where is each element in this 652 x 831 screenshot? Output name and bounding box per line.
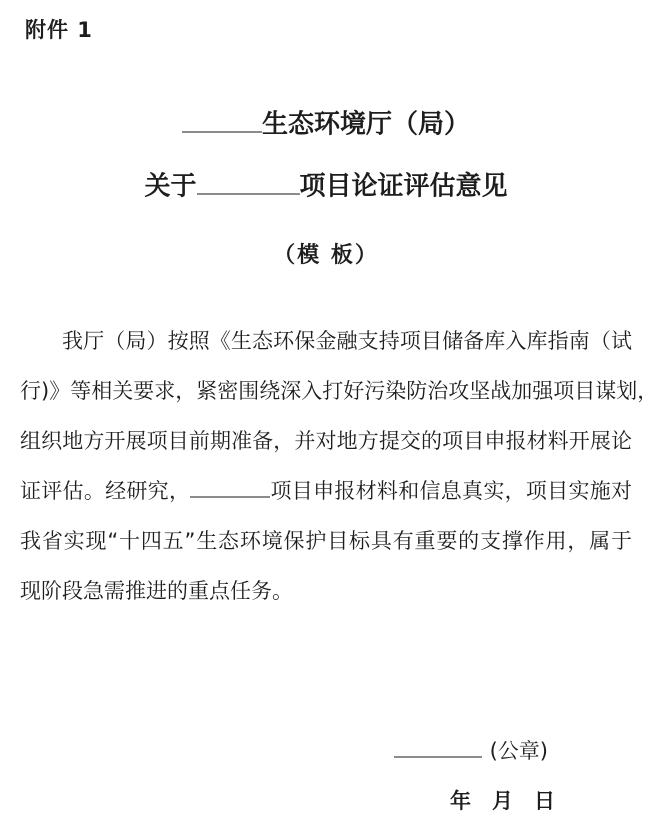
project-name-inline-blank-line [190, 476, 270, 498]
body-line-4: 证评估。经研究，项目申报材料和信息真实，项目实施对 [20, 466, 632, 516]
title-prefix-text: 关于 [144, 172, 196, 202]
title-org-text: 生态环境厅（局） [262, 110, 470, 140]
body-paragraph: 我厅（局）按照《生态环保金融支持项目储备库入库指南（试 行)》等相关要求，紧密围… [20, 316, 632, 616]
body-line-6: 现阶段急需推进的重点任务。 [20, 566, 632, 616]
title-line-2: 关于项目论证评估意见 [0, 168, 652, 205]
template-subtitle: （模 板） [0, 238, 652, 269]
body-line-3: 组织地方开展项目前期准备，并对地方提交的项目申报材料开展论 [20, 416, 632, 466]
document-page: 附件 1 生态环境厅（局） 关于项目论证评估意见 （模 板） 我厅（局）按照《生… [0, 0, 652, 831]
signer-blank-line [394, 736, 482, 758]
attachment-label: 附件 1 [25, 14, 93, 44]
title-suffix-text: 项目论证评估意见 [300, 172, 508, 202]
body-line-2: 行)》等相关要求，紧密围绕深入打好污染防治攻坚战加强项目谋划， [20, 366, 632, 416]
project-name-blank-line [197, 168, 300, 195]
org-name-blank-line [182, 106, 262, 133]
seal-signature-line: (公章) [394, 735, 548, 765]
official-seal-label: (公章) [490, 739, 548, 763]
body-line-4-before-blank: 证评估。经研究， [20, 479, 190, 503]
title-line-1: 生态环境厅（局） [0, 106, 652, 143]
body-line-5: 我省实现“十四五”生态环境保护目标具有重要的支撑作用，属于 [20, 516, 632, 566]
body-line-1: 我厅（局）按照《生态环保金融支持项目储备库入库指南（试 [20, 316, 632, 366]
body-line-4-after-blank: 项目申报材料和信息真实，项目实施对 [270, 479, 632, 503]
date-line: 年 月 日 [450, 785, 555, 815]
